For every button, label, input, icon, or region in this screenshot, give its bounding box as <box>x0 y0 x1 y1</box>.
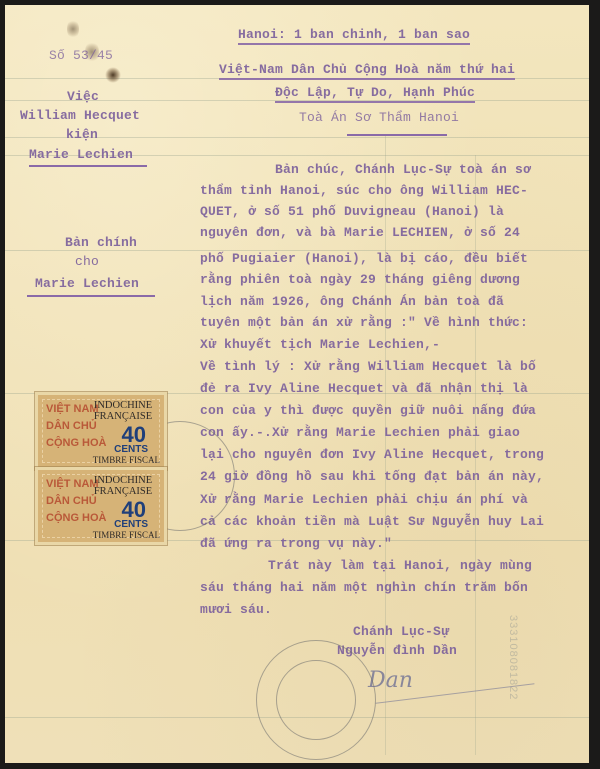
body-line: Xử rằng Marie Lechien phải chịu án phí v… <box>200 492 528 507</box>
fiscal-stamp: VIỆT NAM DÂN CHỦ CỘNG HOÀ INDOCHINE FRAN… <box>35 392 167 470</box>
copy-underline <box>27 295 155 297</box>
body-line: con ấy.-.Xử rằng Marie Lechien phải giao <box>200 425 520 440</box>
motto: Độc Lập, Tự Do, Hạnh Phúc <box>275 85 475 103</box>
copies-header: Hanoi: 1 ban chinh, 1 ban sao <box>238 27 470 45</box>
body-line: phố Pugiaier (Hanoi), là bị cáo, đều biế… <box>200 251 528 266</box>
body-line: Về tình lý : Xử rằng William Hecquet là … <box>200 359 536 374</box>
body-line: tuyên một bản án xử rằng :" Về hình thức… <box>200 315 528 330</box>
court-underline <box>347 134 447 136</box>
body-line: 24 giờ đồng hồ sau khi tống đạt bản án n… <box>200 469 544 484</box>
body-line: đã ứng ra trong vụ này." <box>200 536 392 551</box>
body-line: nguyên đơn, và bà Marie LECHIEN, ở số 24 <box>200 225 520 240</box>
body-line: cả các khoản tiền mà Luật Sư Nguyễn huy … <box>200 514 544 529</box>
signatory-title: Chánh Lục-Sự <box>353 624 449 639</box>
stamp-country: INDOCHINE FRANÇAISE <box>88 400 158 422</box>
copy-for-label: cho <box>75 254 99 269</box>
plaintiff-name: William Hecquet <box>20 108 140 123</box>
body-line: thẩm tỉnh Hanoi, súc cho ông William HEC… <box>200 183 528 198</box>
stamp-type: TIMBRE FISCAL <box>93 530 160 540</box>
body-line: lại cho nguyên đơn Ivy Aline Hecquet, tr… <box>200 447 544 462</box>
stamp-unit: CENTS <box>114 444 148 455</box>
edge-watermark: 333108081822 <box>507 615 519 700</box>
defendant-name: Marie Lechien <box>29 147 133 162</box>
body-line: QUET, ở số 51 phố Duvigneau (Hanoi) là <box>200 204 504 219</box>
document-page: Hanoi: 1 ban chinh, 1 ban sao Việt-Nam D… <box>5 5 589 763</box>
body-line: lịch năm 1926, ông Chánh Án bản toà đã <box>200 294 504 309</box>
ink-stain <box>67 19 79 39</box>
case-label: Việc <box>67 89 99 104</box>
ink-stain <box>105 67 121 83</box>
stamp-country: INDOCHINE FRANÇAISE <box>88 475 158 497</box>
body-line: Xử khuyết tịch Marie Lechien,- <box>200 337 440 352</box>
republic-line: Việt-Nam Dân Chủ Cộng Hoà năm thứ hai <box>219 62 515 80</box>
closing-line: Trát này làm tại Hanoi, ngày mùng <box>268 558 532 573</box>
copy-label: Bản chính <box>65 235 137 250</box>
versus-label: kiện <box>66 127 98 142</box>
closing-line: sáu tháng hai năm một nghìn chín trăm bố… <box>200 580 528 595</box>
fiscal-stamp: VIỆT NAM DÂN CHỦ CỘNG HOÀ INDOCHINE FRAN… <box>35 467 167 545</box>
stamp-type: TIMBRE FISCAL <box>93 455 160 465</box>
copy-recipient: Marie Lechien <box>35 276 139 291</box>
stamp-unit: CENTS <box>114 519 148 530</box>
body-line: Bản chúc, Chánh Lục-Sự toà án sơ <box>275 162 531 177</box>
body-line: rằng phiên toà ngày 29 tháng giêng dương <box>200 272 520 287</box>
court-name: Toà Án Sơ Thẩm Hanoi <box>299 110 459 125</box>
margin-underline <box>29 165 147 167</box>
body-line: đẻ ra Ivy Aline Hecquet và đã nhận thị l… <box>200 381 528 396</box>
reference-number: Số 53/45 <box>49 48 113 63</box>
closing-line: mươi sáu. <box>200 602 272 617</box>
body-line: con của y thì được quyền giữ nuôi nấng đ… <box>200 403 536 418</box>
official-seal-inner <box>276 660 356 740</box>
